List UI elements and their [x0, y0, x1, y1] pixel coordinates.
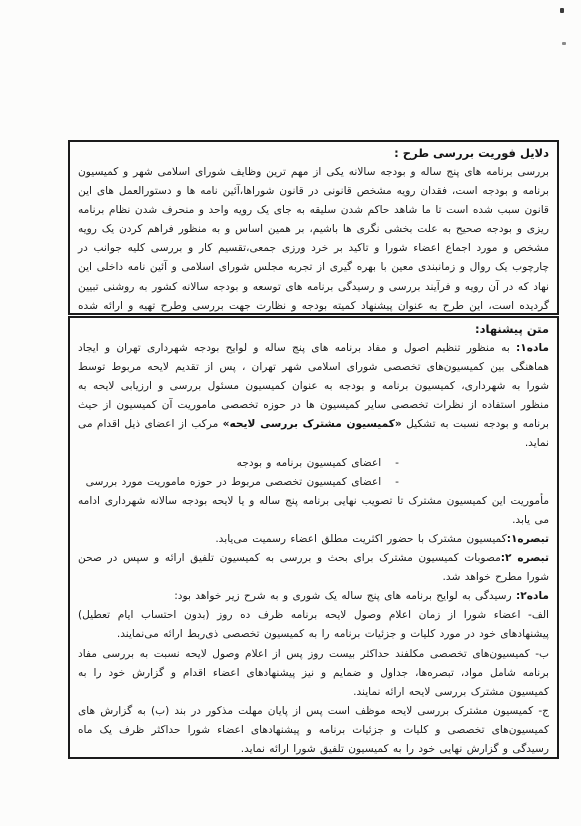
paragraph: تبصره ۲:مصوبات کمیسیون مشترک برای بحث و … [78, 549, 549, 587]
text-run: اعضای کمیسیون برنامه و بودجه [237, 457, 382, 469]
proposal-text-box: متن پیشنهاد: ماده۱: به منظور تنظیم اصول … [68, 316, 559, 759]
proposal-text-body: ماده۱: به منظور تنظیم اصول و مفاد برنامه… [78, 339, 549, 759]
bold-text-run: تبصره ۲: [501, 552, 549, 564]
text-run: مصوبات کمیسیون مشترک برای بحث و بررسی به… [78, 552, 549, 583]
text-run: بررسی برنامه های پنج ساله و بودجه سالانه… [78, 166, 549, 315]
text-run: رسیدگی به لوایح برنامه های پنج ساله یک ش… [174, 590, 516, 602]
text-run: مأموریت این کمیسیون مشترک تا تصویب نهایی… [78, 495, 549, 526]
scan-artifact-speck [562, 42, 566, 45]
paragraph: ماده۱: به منظور تنظیم اصول و مفاد برنامه… [78, 339, 549, 454]
paragraph: ب- کمیسیون‌های تخصصی مکلفند حداکثر بیست … [78, 645, 549, 702]
paragraph: تبصره۱:کمیسیون مشترک با حضور اکثریت مطلق… [78, 530, 549, 549]
urgency-reasons-box: دلایل فوریت بررسی طرح : بررسی برنامه های… [68, 140, 559, 315]
text-run: الف- اعضاء شورا از زمان اعلام وصول لایحه… [78, 609, 549, 640]
bullet-dash: - [395, 473, 399, 492]
urgency-reasons-body: بررسی برنامه های پنج ساله و بودجه سالانه… [78, 163, 549, 315]
text-run: اعضای کمیسیون تخصصی مربوط در حوزه ماموری… [86, 476, 382, 488]
bullet-item: -اعضای کمیسیون تخصصی مربوط در حوزه مامور… [78, 473, 549, 492]
paragraph: بررسی برنامه های پنج ساله و بودجه سالانه… [78, 163, 549, 315]
scanned-document-page: دلایل فوریت بررسی طرح : بررسی برنامه های… [0, 0, 581, 826]
bold-text-run: ماده۱: [516, 342, 549, 354]
paragraph: الف- اعضاء شورا از زمان اعلام وصول لایحه… [78, 606, 549, 644]
paragraph: ماده۲: رسیدگی به لوایح برنامه های پنج سا… [78, 587, 549, 606]
proposal-text-title: متن پیشنهاد: [78, 320, 549, 339]
text-run: ب- کمیسیون‌های تخصصی مکلفند حداکثر بیست … [78, 648, 549, 698]
bold-text-run: «کمیسیون مشترک بررسی لایحه» [223, 418, 402, 430]
bullet-item: -اعضای کمیسیون برنامه و بودجه [78, 454, 549, 473]
text-run: کمیسیون مشترک با حضور اکثریت مطلق اعضاء … [215, 533, 506, 545]
bold-text-run: تبصره۱: [507, 533, 549, 545]
text-run: ج- کمیسیون مشترک بررسی لایحه موظف است پس… [78, 705, 549, 755]
paragraph: ج- کمیسیون مشترک بررسی لایحه موظف است پس… [78, 702, 549, 759]
bullet-dash: - [395, 454, 399, 473]
bold-text-run: ماده۲: [516, 590, 549, 602]
scan-artifact-speck [560, 8, 564, 13]
paragraph: مأموریت این کمیسیون مشترک تا تصویب نهایی… [78, 492, 549, 530]
urgency-reasons-title: دلایل فوریت بررسی طرح : [78, 144, 549, 163]
